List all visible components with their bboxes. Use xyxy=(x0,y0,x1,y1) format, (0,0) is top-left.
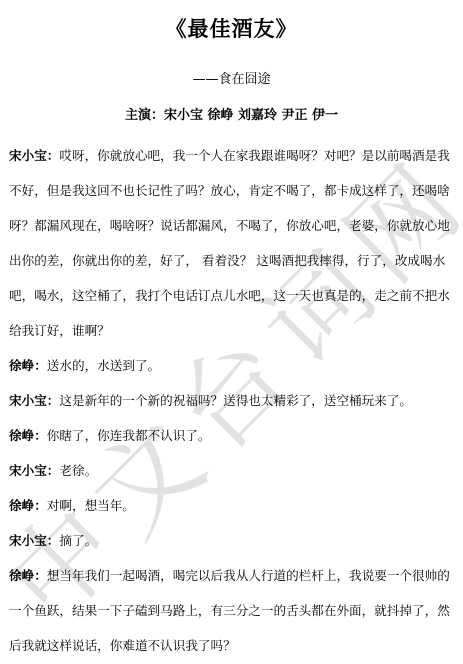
cast-line: 主演：宋小宝 徐峥 刘嘉玲 尹正 伊一 xyxy=(9,107,454,124)
dialogue-text: 哎呀，你就放心吧，我一个人在家我跟谁喝呀？对吧？是以前喝酒是我不好，但是我这回不… xyxy=(9,148,450,338)
speaker-name: 徐峥： xyxy=(9,498,47,513)
speaker-name: 宋小宝： xyxy=(9,148,59,163)
dialogue-paragraph: 徐峥：你瞎了，你连我都不认识了。 xyxy=(9,418,454,453)
document-subtitle: ——食在囧途 xyxy=(9,72,454,88)
dialogue-text: 你瞎了，你连我都不认识了。 xyxy=(47,428,211,443)
speaker-name: 宋小宝： xyxy=(9,393,59,408)
dialogue-paragraph: 徐峥：对啊，想当年。 xyxy=(9,488,454,523)
dialogue-text: 老徐。 xyxy=(59,463,97,478)
speaker-name: 徐峥： xyxy=(9,568,47,583)
dialogue-paragraph: 宋小宝：这是新年的一个新的祝福吗？送得也太精彩了，送空桶玩来了。 xyxy=(9,383,454,418)
dialogue-text: 对啊，想当年。 xyxy=(47,498,135,513)
dialogue-paragraph: 徐峥：送水的，水送到了。 xyxy=(9,348,454,383)
document-content: 《最佳酒友》 ——食在囧途 主演：宋小宝 徐峥 刘嘉玲 尹正 伊一 宋小宝：哎呀… xyxy=(0,0,463,663)
speaker-name: 宋小宝： xyxy=(9,463,59,478)
dialogue-paragraph: 宋小宝：摘了。 xyxy=(9,523,454,558)
dialogue-text: 这是新年的一个新的祝福吗？送得也太精彩了，送空桶玩来了。 xyxy=(59,393,412,408)
speaker-name: 徐峥： xyxy=(9,428,47,443)
document-page: 中文台词网 《最佳酒友》 ——食在囧途 主演：宋小宝 徐峥 刘嘉玲 尹正 伊一 … xyxy=(0,0,463,664)
dialogue-paragraph: 宋小宝：老徐。 xyxy=(9,453,454,488)
dialogue-text: 送水的，水送到了。 xyxy=(47,358,160,373)
dialogue-paragraph: 宋小宝：哎呀，你就放心吧，我一个人在家我跟谁喝呀？对吧？是以前喝酒是我不好，但是… xyxy=(9,138,454,348)
dialogue-text: 想当年我们一起喝酒，喝完以后我从人行道的栏杆上，我说要一个很帅的一个鱼跃，结果一… xyxy=(9,568,450,653)
dialogue-paragraph: 徐峥：想当年我们一起喝酒，喝完以后我从人行道的栏杆上，我说要一个很帅的一个鱼跃，… xyxy=(9,558,454,663)
speaker-name: 宋小宝： xyxy=(9,533,59,548)
dialogue-list: 宋小宝：哎呀，你就放心吧，我一个人在家我跟谁喝呀？对吧？是以前喝酒是我不好，但是… xyxy=(9,138,454,663)
page-title: 《最佳酒友》 xyxy=(9,15,454,42)
dialogue-text: 摘了。 xyxy=(59,533,97,548)
speaker-name: 徐峥： xyxy=(9,358,47,373)
